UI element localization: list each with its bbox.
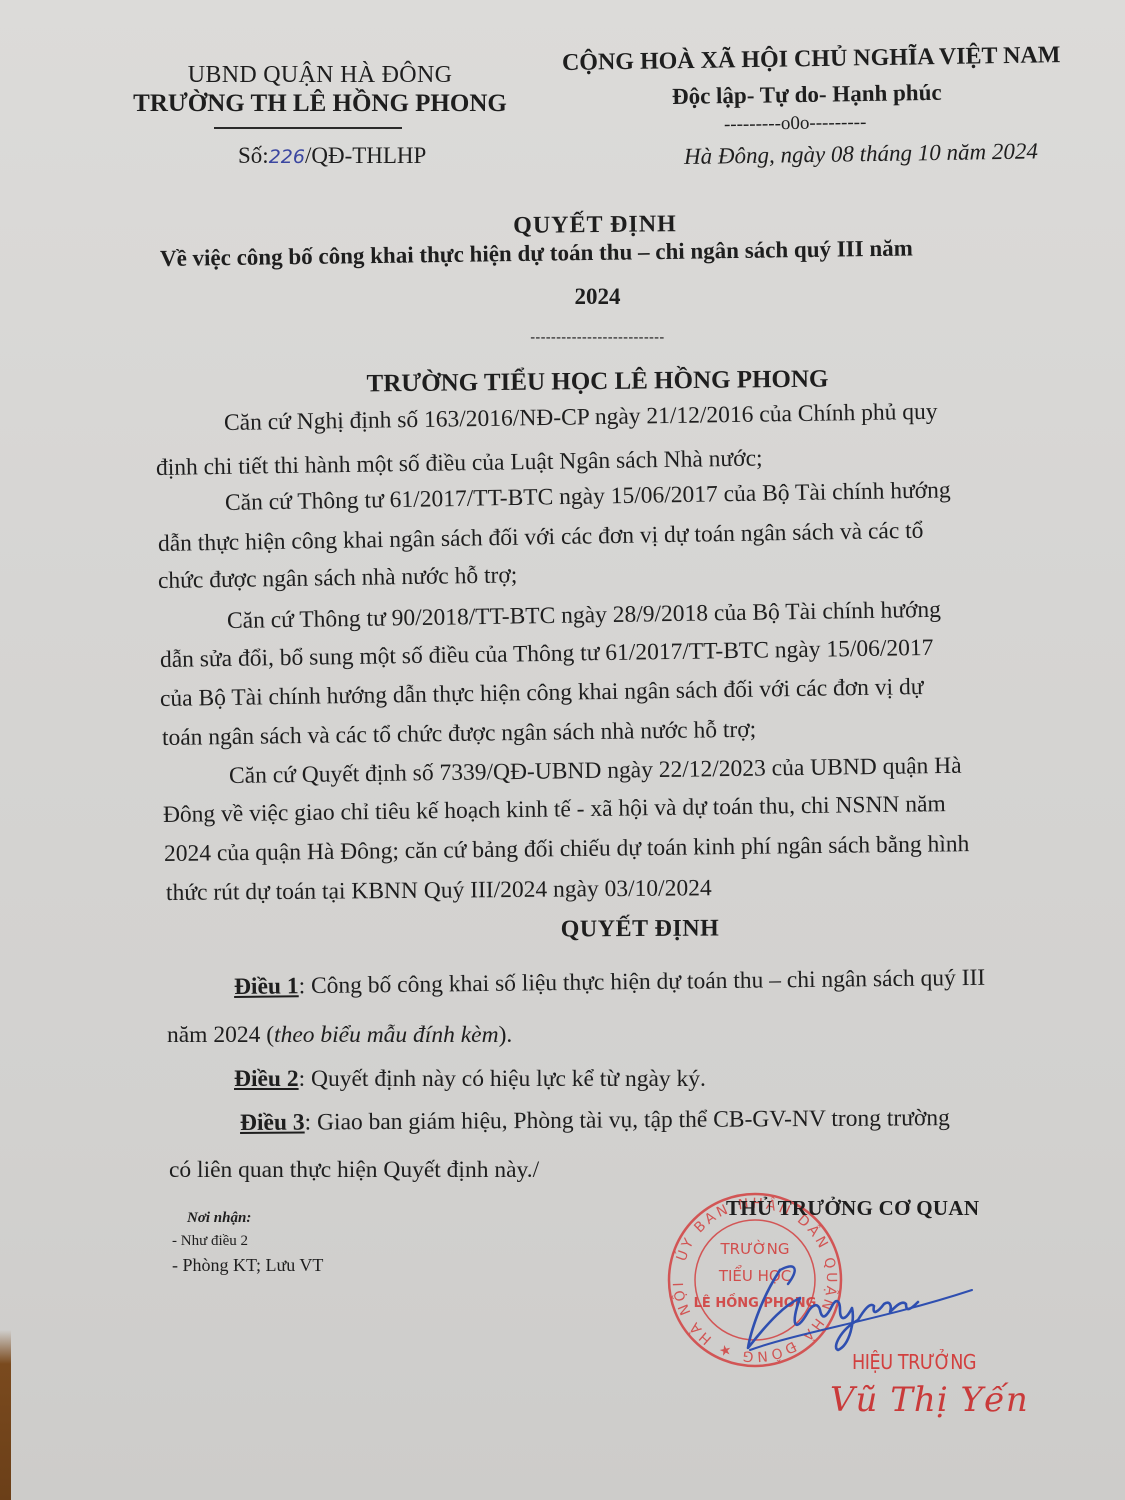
date-line: Hà Đông, ngày 08 tháng 10 năm 2024 xyxy=(684,138,1038,170)
motto-separator: ---------o0o--------- xyxy=(724,112,867,136)
body-line: định chi tiết thi hành một số điều của L… xyxy=(156,445,763,482)
handwritten-signature-icon xyxy=(740,1250,980,1360)
article-3-label: Điều 3 xyxy=(240,1110,305,1136)
recipient-item: - Phòng KT; Lưu VT xyxy=(172,1255,323,1276)
body-line: Đông về việc giao chỉ tiêu kế hoạch kinh… xyxy=(163,791,946,829)
article-3-continuation: có liên quan thực hiện Quyết định này./ xyxy=(169,1157,539,1184)
signatory-name-stamp: Vũ Thị Yến xyxy=(830,1380,1029,1420)
issuer-heading: TRƯỜNG TIỂU HỌC LÊ HỒNG PHONG xyxy=(0,362,1125,403)
subject-line-2: 2024 xyxy=(0,284,1125,310)
recipients-heading: Nơi nhận: xyxy=(187,1210,251,1227)
title-divider: -------------------------- xyxy=(0,330,1125,346)
national-title: CỘNG HOÀ XÃ HỘI CHỦ NGHĨA VIỆT NAM xyxy=(562,42,1061,77)
body-line: dẫn sửa đổi, bổ sung một số điều của Thô… xyxy=(160,635,934,674)
body-line: dẫn thực hiện công khai ngân sách đối vớ… xyxy=(158,518,924,558)
decision-heading: QUYẾT ĐỊNH xyxy=(0,912,1125,948)
recipient-item: - Như điều 2 xyxy=(172,1233,248,1250)
issuing-authority: UBND QUẬN HÀ ĐÔNG xyxy=(130,62,510,89)
handwritten-number: 226 xyxy=(269,146,305,168)
body-line: Căn cứ Thông tư 61/2017/TT-BTC ngày 15/0… xyxy=(225,477,951,517)
article-1: Điều 1: Công bố công khai số liệu thực h… xyxy=(234,965,986,1001)
principal-title-stamp: HIỆU TRƯỞNG xyxy=(852,1350,976,1374)
school-name: TRƯỜNG TH LÊ HỒNG PHONG xyxy=(130,90,510,118)
article-1-continuation: năm 2024 (theo biểu mẫu đính kèm). xyxy=(167,1022,512,1049)
number-suffix: /QĐ-THLHP xyxy=(305,143,426,168)
article-1-label: Điều 1 xyxy=(234,973,299,1000)
body-line: Căn cứ Nghị định số 163/2016/NĐ-CP ngày … xyxy=(224,399,938,437)
body-line: Căn cứ Thông tư 90/2018/TT-BTC ngày 28/9… xyxy=(227,597,941,635)
header-underline xyxy=(214,127,402,129)
body-line: 2024 của quận Hà Đông; căn cứ bảng đối c… xyxy=(164,831,970,868)
signatory-role: THỦ TRƯỞNG CƠ QUAN xyxy=(726,1196,979,1221)
table-edge xyxy=(0,1330,11,1500)
body-line: của Bộ Tài chính hướng dẫn thực hiện côn… xyxy=(160,674,924,713)
number-prefix: Số: xyxy=(238,143,269,168)
body-line: toán ngân sách và các tổ chức được ngân … xyxy=(162,717,757,752)
article-2: Điều 2: Quyết định này có hiệu lực kể từ… xyxy=(234,1066,706,1093)
article-2-label: Điều 2 xyxy=(234,1066,299,1092)
article-3: Điều 3: Giao ban giám hiệu, Phòng tài vụ… xyxy=(240,1105,950,1137)
national-motto: Độc lập- Tự do- Hạnh phúc xyxy=(672,80,942,110)
document-page: UBND QUẬN HÀ ĐÔNG TRƯỜNG TH LÊ HỒNG PHON… xyxy=(0,0,1125,1500)
document-number: Số:226/QĐ-THLHP xyxy=(238,143,426,169)
body-line: thức rút dự toán tại KBNN Quý III/2024 n… xyxy=(166,875,712,907)
body-line: chức được ngân sách nhà nước hỗ trợ; xyxy=(158,562,518,595)
body-line: Căn cứ Quyết định số 7339/QĐ-UBND ngày 2… xyxy=(229,753,962,790)
